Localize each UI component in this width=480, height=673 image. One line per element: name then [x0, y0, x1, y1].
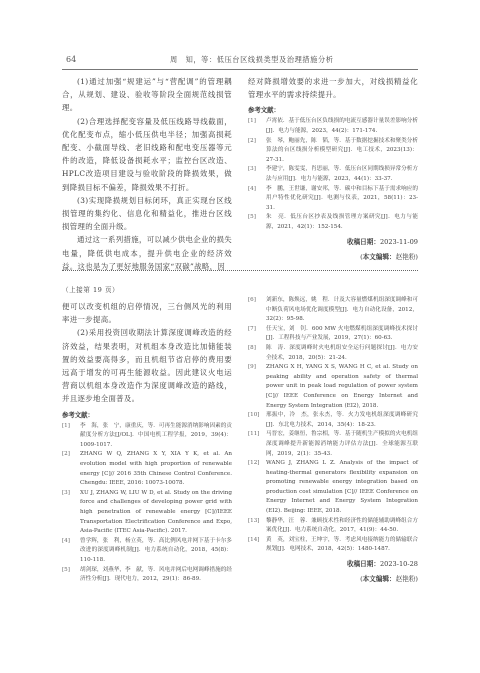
reference-item: [10]邢振中，冷 杰，张永杰，等．火力发电机组深度调峰研究[J]．东北电力技术…	[248, 411, 418, 430]
body-paragraph: (3)实现降损规划目标闭环，真正实现台区线损管理的集约化、信息化和精益化，推进台…	[62, 194, 232, 234]
editor-line: (本文编辑：赵艳粉)	[248, 573, 418, 585]
references-heading: 参考文献：	[62, 410, 232, 419]
article-divider	[62, 270, 418, 271]
body-paragraph: (2)采用投资回收期法计算深度调峰改造的经济效益，结果表明，对机组本身改造比加储…	[62, 326, 232, 405]
reference-item: [1]李 海，张 宁，康重庆，等．可再生能源消纳影响因素的贡献度分析方法[J/O…	[62, 422, 232, 451]
reference-item: [14]黄 英，刘宝柱，王坤宇，等．考虑风电接纳能力的储输联合规划[J]．电网技…	[248, 536, 418, 555]
page-header: 64 周 知，等：低压台区线损类型及治理措施分析	[62, 0, 418, 70]
reference-item: [4]曾学辉，张 利，杨立英，等．高比例风电并网下基于卡尔多改进的深度调峰机制[…	[62, 537, 232, 566]
reference-item: [13]黎静华，汪 蓉．兼顾技术性和经济性的储能辅助调峰组合方案优化[J]．电力…	[248, 517, 418, 536]
body-paragraph: (1)通过加强“规建运”与“营配调”的管理耦合，从规划、建设、验收等阶段全面规范…	[62, 75, 232, 115]
lower-right-column: [6]刘新东，陈焕远，姚 程．计及大容量燃煤机组深度调峰和可中断负荷风电场优化调…	[248, 296, 418, 585]
editor-line: (本文编辑：赵艳粉)	[248, 251, 418, 263]
reference-item: [2]张 琴，鲍丽先，陈 韬，等．基于数据挖掘技术和聚类分析算法的台区线损分析模…	[248, 137, 418, 166]
references-heading: 参考文献：	[248, 105, 418, 114]
reference-item: [5]朱 亮．低压台区抄表及线损管理方案研究[J]．电力与能源，2021，42(…	[248, 213, 418, 232]
reference-item: [2]ZHANG W Q, ZHANG X Y, XIA Y K, et al.…	[62, 450, 232, 488]
reference-item: [5]胡剑琛，刘燕华，李 献，等．风电并网后电网调峰措施的经济性分析[J]．现代…	[62, 566, 232, 585]
body-paragraph: 经对降损增效要的求进一步加大，对线损精益化管理水平的需求持续提升。	[248, 75, 418, 101]
reference-item: [9]ZHANG X H, YANG X S, WANG H C, et al.…	[248, 363, 418, 411]
page-number: 64	[66, 55, 76, 64]
upper-right-column: 经对降损增效要的求进一步加大，对线损精益化管理水平的需求持续提升。 参考文献： …	[248, 75, 418, 263]
body-paragraph: (2)合理选择配变容量及低压线路导线截面，优化配变布点，缩小低压供电半径；加强高…	[62, 115, 232, 194]
reference-item: [1]卢霄依．基于低压台区负线损的电流互感器计量误差影响分析[J]．电力与能源，…	[248, 117, 418, 136]
continued-note: （上接第 19 页）	[62, 284, 119, 294]
running-title: 周 知，等：低压台区线损类型及治理措施分析	[170, 55, 334, 65]
body-paragraph: 通过这一系列措施，可以减少供电企业的损失电量，降低供电成本，提升供电企业的经济效…	[62, 233, 232, 273]
reference-item: [8]陈 涛．深度调峰时火电机组安全运行问题探讨[J]．电力安全技术，2018，…	[248, 344, 418, 363]
body-paragraph: 便可以改变机组的启停情况，三台侧风光的利用率进一步提高。	[62, 300, 232, 326]
reference-item: [6]刘新东，陈焕远，姚 程．计及大容量燃煤机组深度调峰和可中断负荷风电场优化调…	[248, 296, 418, 325]
lower-left-column: 便可以改变机组的启停情况，三台侧风光的利用率进一步提高。 (2)采用投资回收期法…	[62, 300, 232, 585]
received-date-line: 收稿日期：2023-11-09	[248, 236, 418, 248]
upper-left-column: (1)通过加强“规建运”与“营配调”的管理耦合，从规划、建设、验收等阶段全面规范…	[62, 75, 232, 273]
reference-item: [3]XU J, ZHANG W, LIU W D, et al. Study …	[62, 489, 232, 537]
reference-item: [12]WANG J, ZHANG L Z. Analysis of the i…	[248, 459, 418, 517]
reference-item: [3]李建宁，陈雯雯，肖思丽，等．低压台区同期线损异常分析方法与应用[J]．电力…	[248, 165, 418, 184]
reference-item: [11]马晋宏，姜继恒，鲁宗相，等．基于随机生产模拟的火电机组深度调峰提升新能源…	[248, 430, 418, 459]
reference-item: [4]李 鹏，王世谦，谢安邦，等．碳中和目标下基于需求响应的用户特性优化研究[J…	[248, 185, 418, 214]
received-date-line: 收稿日期：2023-10-28	[248, 558, 418, 570]
reference-item: [7]任天宝，刘 钊．600 MW 火电燃煤机组深度调峰技术探讨[J]．工程科技…	[248, 325, 418, 344]
